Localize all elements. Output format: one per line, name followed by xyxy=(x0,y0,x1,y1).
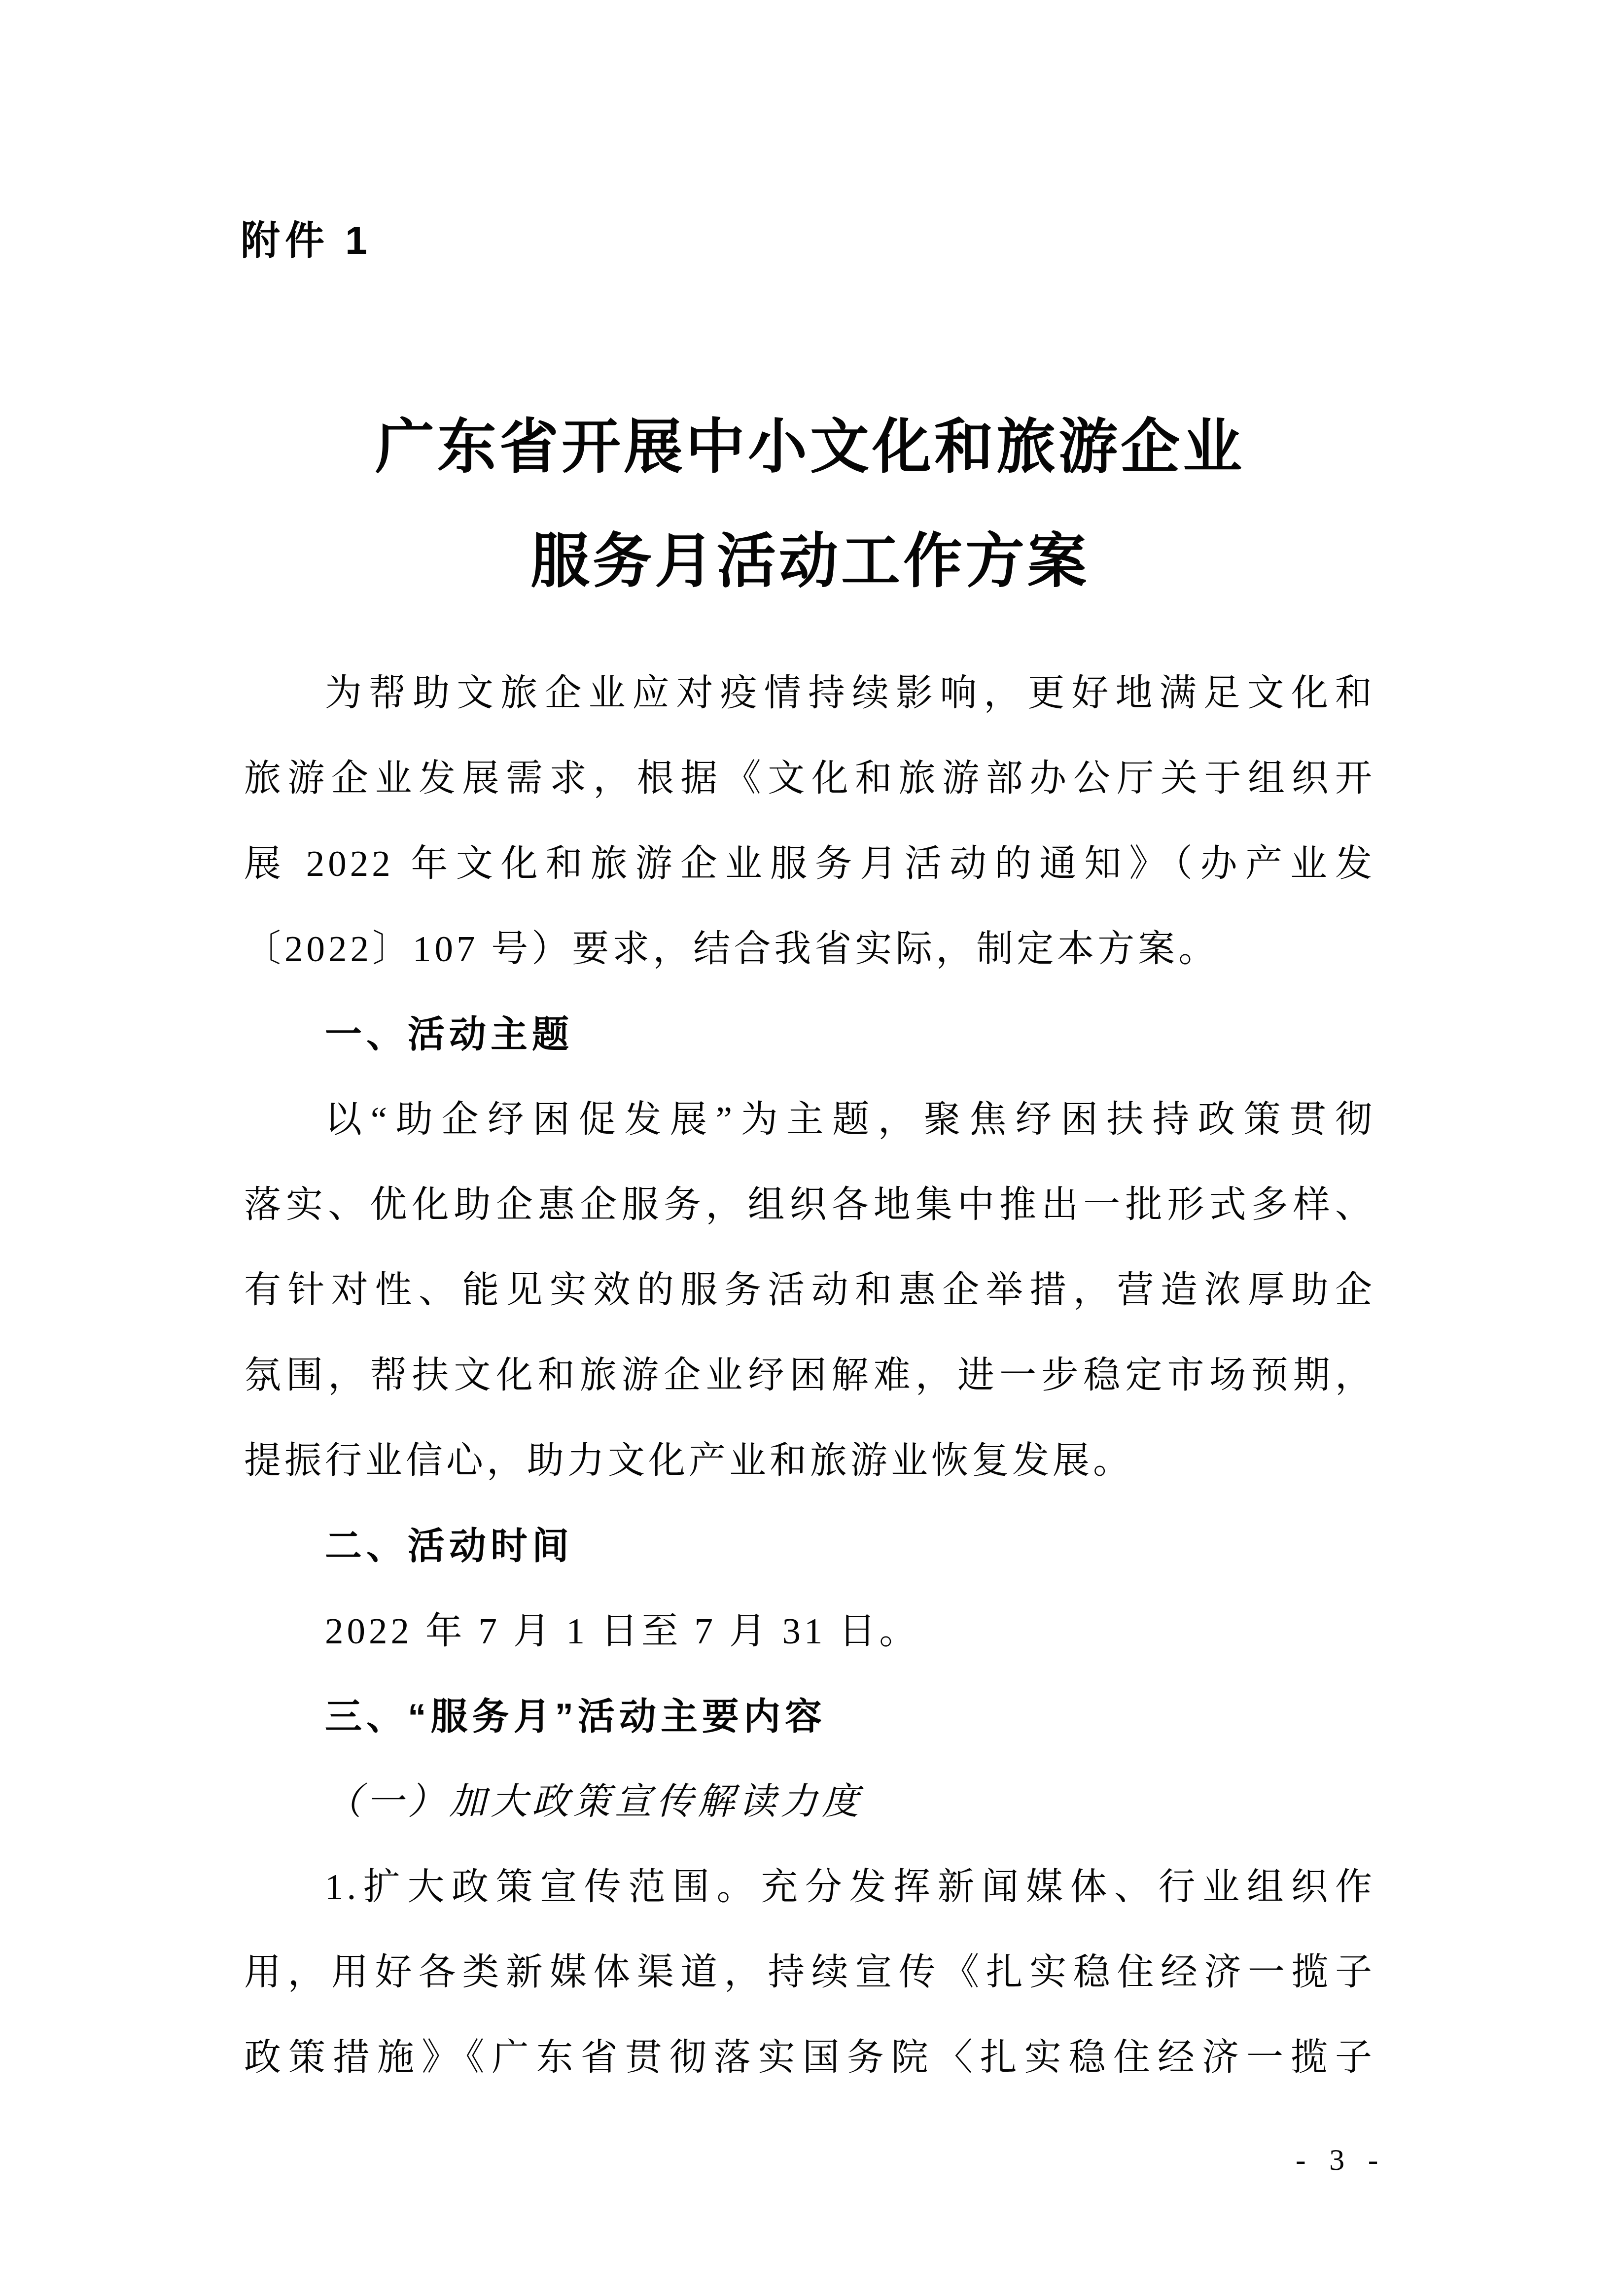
body-line: 1.扩大政策宣传范围。充分发挥新闻媒体、行业组织作 xyxy=(244,1844,1375,1930)
body-line: 一、活动主题 xyxy=(244,992,1375,1077)
body-line: 氛围，帮扶文化和旅游企业纾困解难，进一步稳定市场预期， xyxy=(244,1333,1375,1418)
body-line: 以“助企纾困促发展”为主题，聚焦纾困扶持政策贯彻 xyxy=(244,1077,1375,1162)
body-line: （一）加大政策宣传解读力度 xyxy=(244,1759,1375,1844)
body-line: 〔2022〕107 号）要求，结合我省实际，制定本方案。 xyxy=(244,906,1375,992)
body-line: 为帮助文旅企业应对疫情持续影响，更好地满足文化和 xyxy=(244,651,1375,736)
document-page: 附件 1 广东省开展中小文化和旅游企业 服务月活动工作方案 为帮助文旅企业应对疫… xyxy=(0,0,1620,2296)
body-line: 有针对性、能见实效的服务活动和惠企举措，营造浓厚助企 xyxy=(244,1248,1375,1333)
body-line: 用，用好各类新媒体渠道，持续宣传《扎实稳住经济一揽子 xyxy=(244,1930,1375,2015)
title-line-1: 广东省开展中小文化和旅游企业 xyxy=(0,390,1620,505)
body-line: 提振行业信心，助力文化产业和旅游业恢复发展。 xyxy=(244,1418,1375,1503)
body-line: 2022 年 7 月 1 日至 7 月 31 日。 xyxy=(244,1589,1375,1674)
attachment-label: 附件 1 xyxy=(241,216,372,265)
page-number: - 3 - xyxy=(1296,2140,1386,2180)
body-line: 政策措施》《广东省贯彻落实国务院〈扎实稳住经济一揽子 xyxy=(244,2015,1375,2100)
body-line: 展 2022 年文化和旅游企业服务月活动的通知》（办产业发 xyxy=(244,821,1375,906)
document-body: 为帮助文旅企业应对疫情持续影响，更好地满足文化和旅游企业发展需求，根据《文化和旅… xyxy=(244,651,1375,2100)
body-line: 三、“服务月”活动主要内容 xyxy=(244,1674,1375,1759)
body-line: 落实、优化助企惠企服务，组织各地集中推出一批形式多样、 xyxy=(244,1162,1375,1248)
body-line: 二、活动时间 xyxy=(244,1503,1375,1589)
body-line: 旅游企业发展需求，根据《文化和旅游部办公厅关于组织开 xyxy=(244,736,1375,821)
document-title: 广东省开展中小文化和旅游企业 服务月活动工作方案 xyxy=(0,390,1620,619)
title-line-2: 服务月活动工作方案 xyxy=(0,505,1620,619)
